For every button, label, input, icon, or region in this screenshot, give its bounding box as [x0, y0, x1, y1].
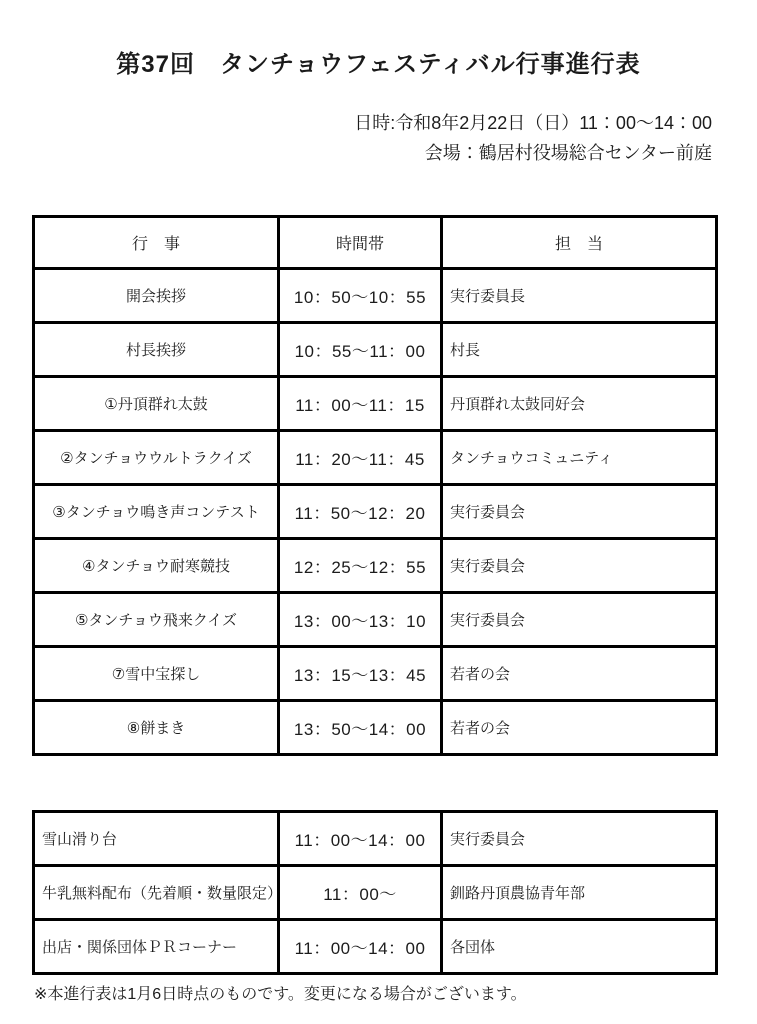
staff-cell: 若者の会 — [442, 647, 717, 701]
table-header-row: 行 事 時間帯 担 当 — [34, 217, 717, 269]
table-row: 村長挨拶 10：55～11：00 村長 — [34, 323, 717, 377]
staff-cell: 村長 — [442, 323, 717, 377]
staff-cell: 各団体 — [442, 920, 717, 974]
table-row: 開会挨拶 10：50～10：55 実行委員長 — [34, 269, 717, 323]
time-cell: 13：00～13：10 — [279, 593, 442, 647]
table-row: 雪山滑り台 11：00～14：00 実行委員会 — [34, 812, 717, 866]
event-cell: ⑦雪中宝探し — [34, 647, 279, 701]
table-row: ⑤タンチョウ飛来クイズ 13：00～13：10 実行委員会 — [34, 593, 717, 647]
event-cell: ⑤タンチョウ飛来クイズ — [34, 593, 279, 647]
event-cell: 開会挨拶 — [34, 269, 279, 323]
event-cell: ②タンチョウウルトラクイズ — [34, 431, 279, 485]
table-row: ⑧餅まき 13：50～14：00 若者の会 — [34, 701, 717, 755]
staff-cell: 実行委員会 — [442, 812, 717, 866]
time-cell: 10：55～11：00 — [279, 323, 442, 377]
table-row: ①丹頂群れ太鼓 11：00～11：15 丹頂群れ太鼓同好会 — [34, 377, 717, 431]
event-venue: 会場：鶴居村役場総合センター前庭 — [354, 138, 712, 168]
time-cell: 12：25～12：55 — [279, 539, 442, 593]
table-row: 牛乳無料配布（先着順・数量限定） 11：00～ 釧路丹頂農協青年部 — [34, 866, 717, 920]
event-cell: 出店・関係団体ＰＲコーナー — [34, 920, 279, 974]
time-cell: 11：20～11：45 — [279, 431, 442, 485]
time-cell: 11：50～12：20 — [279, 485, 442, 539]
time-cell: 11：00～14：00 — [279, 920, 442, 974]
event-cell: ①丹頂群れ太鼓 — [34, 377, 279, 431]
table-row: 出店・関係団体ＰＲコーナー 11：00～14：00 各団体 — [34, 920, 717, 974]
event-cell: 雪山滑り台 — [34, 812, 279, 866]
table-row: ⑦雪中宝探し 13：15～13：45 若者の会 — [34, 647, 717, 701]
staff-cell: 釧路丹頂農協青年部 — [442, 866, 717, 920]
table-row: ④タンチョウ耐寒競技 12：25～12：55 実行委員会 — [34, 539, 717, 593]
time-cell: 10：50～10：55 — [279, 269, 442, 323]
time-cell: 11：00～11：15 — [279, 377, 442, 431]
time-cell: 13：15～13：45 — [279, 647, 442, 701]
event-cell: 村長挨拶 — [34, 323, 279, 377]
event-meta: 日時:令和8年2月22日（日）11：00～14：00 会場：鶴居村役場総合センタ… — [354, 108, 712, 168]
staff-cell: タンチョウコミュニティ — [442, 431, 717, 485]
time-cell: 11：00～14：00 — [279, 812, 442, 866]
event-cell: 牛乳無料配布（先着順・数量限定） — [34, 866, 279, 920]
ongoing-activities-table: 雪山滑り台 11：00～14：00 実行委員会 牛乳無料配布（先着順・数量限定）… — [32, 810, 718, 975]
header-event: 行 事 — [34, 217, 279, 269]
table-row: ②タンチョウウルトラクイズ 11：20～11：45 タンチョウコミュニティ — [34, 431, 717, 485]
event-cell: ⑧餅まき — [34, 701, 279, 755]
document-page: 第37回 タンチョウフェスティバル行事進行表 日時:令和8年2月22日（日）11… — [0, 0, 757, 1024]
time-cell: 13：50～14：00 — [279, 701, 442, 755]
staff-cell: 実行委員会 — [442, 593, 717, 647]
event-cell: ③タンチョウ鳴き声コンテスト — [34, 485, 279, 539]
staff-cell: 実行委員会 — [442, 539, 717, 593]
staff-cell: 若者の会 — [442, 701, 717, 755]
staff-cell: 実行委員会 — [442, 485, 717, 539]
event-cell: ④タンチョウ耐寒競技 — [34, 539, 279, 593]
staff-cell: 丹頂群れ太鼓同好会 — [442, 377, 717, 431]
time-cell: 11：00～ — [279, 866, 442, 920]
event-datetime: 日時:令和8年2月22日（日）11：00～14：00 — [354, 108, 712, 138]
schedule-table: 行 事 時間帯 担 当 開会挨拶 10：50～10：55 実行委員長 村長挨拶 … — [32, 215, 718, 756]
staff-cell: 実行委員長 — [442, 269, 717, 323]
table-row: ③タンチョウ鳴き声コンテスト 11：50～12：20 実行委員会 — [34, 485, 717, 539]
header-time: 時間帯 — [279, 217, 442, 269]
footnote: ※本進行表は1月6日時点のものです。変更になる場合がございます。 — [34, 981, 527, 1004]
header-staff: 担 当 — [442, 217, 717, 269]
page-title: 第37回 タンチョウフェスティバル行事進行表 — [0, 44, 757, 79]
